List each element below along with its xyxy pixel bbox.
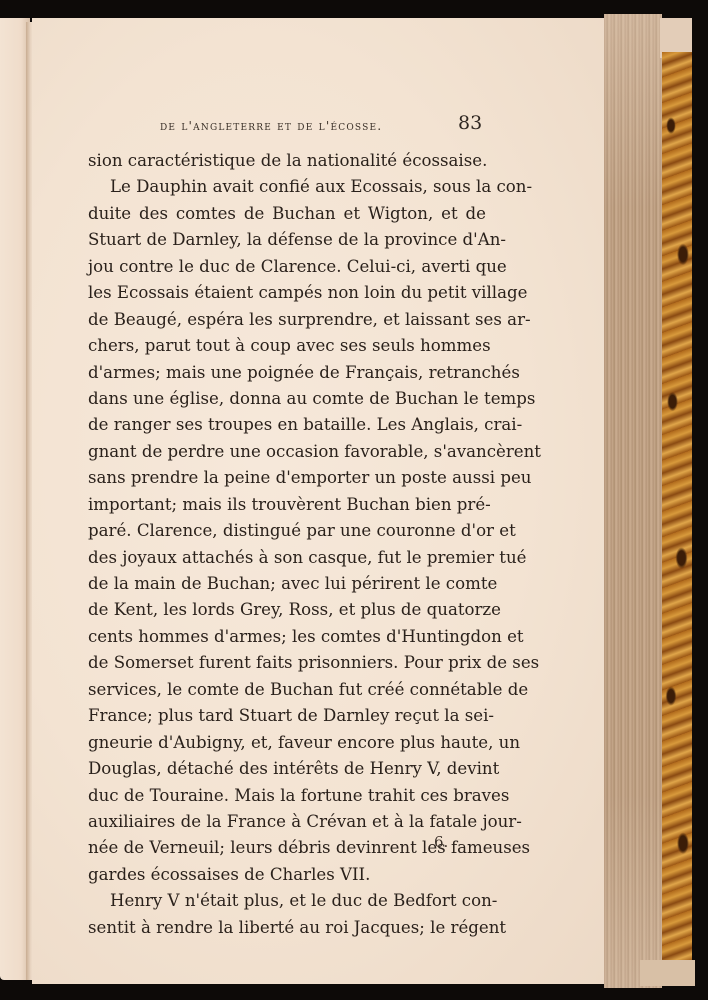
text-line: cents hommes d'armes; les comtes d'Hunti… (88, 624, 486, 650)
text-line: sans prendre la peine d'emporter un post… (88, 465, 486, 491)
text-line: duc de Touraine. Mais la fortune trahit … (88, 783, 486, 809)
marbled-cover-bottom-corner (640, 960, 695, 986)
signature-mark: 6. (434, 833, 448, 851)
text-line: auxiliaires de la France à Crévan et à l… (88, 809, 486, 835)
text-line: de ranger ses troupes en bataille. Les A… (88, 412, 486, 438)
text-line: des joyaux attachés à son casque, fut le… (88, 545, 486, 571)
text-line: les Ecossais étaient campés non loin du … (88, 280, 486, 306)
text-line: gnant de perdre une occasion favorable, … (88, 439, 486, 465)
marbled-cover (662, 52, 692, 972)
page-number: 83 (458, 112, 482, 134)
text-line: de la main de Buchan; avec lui périrent … (88, 571, 486, 597)
text-line: France; plus tard Stuart de Darnley reçu… (88, 703, 486, 729)
text-line: Henry V n'était plus, et le duc de Bedfo… (88, 888, 486, 914)
text-line: important; mais ils trouvèrent Buchan bi… (88, 492, 486, 518)
text-line: paré. Clarence, distingué par une couron… (88, 518, 486, 544)
text-line: duite des comtes de Buchan et Wigton, et… (88, 201, 486, 227)
text-line: de Somerset furent faits prisonniers. Po… (88, 650, 486, 676)
text-line: sion caractéristique de la nationalité é… (88, 148, 486, 174)
body-text: sion caractéristique de la nationalité é… (88, 148, 486, 941)
text-line: chers, parut tout à coup avec ses seuls … (88, 333, 486, 359)
text-line: Le Dauphin avait confié aux Ecossais, so… (88, 174, 486, 200)
text-line: gardes écossaises de Charles VII. (88, 862, 486, 888)
text-line: Douglas, détaché des intérêts de Henry V… (88, 756, 486, 782)
text-line: sentit à rendre la liberté au roi Jacque… (88, 915, 486, 941)
text-line: dans une église, donna au comte de Bucha… (88, 386, 486, 412)
text-line: jou contre le duc de Clarence. Celui-ci,… (88, 254, 486, 280)
text-line: née de Verneuil; leurs débris devinrent … (88, 835, 486, 861)
page-fore-edge (604, 14, 662, 988)
text-line: services, le comte de Buchan fut créé co… (88, 677, 486, 703)
text-line: de Beaugé, espéra les surprendre, et lai… (88, 307, 486, 333)
text-line: Stuart de Darnley, la défense de la prov… (88, 227, 486, 253)
text-line: d'armes; mais une poignée de Français, r… (88, 360, 486, 386)
running-head: de l'angleterre et de l'écosse. (160, 118, 490, 133)
text-line: gneurie d'Aubigny, et, faveur encore plu… (88, 730, 486, 756)
text-line: de Kent, les lords Grey, Ross, et plus d… (88, 597, 486, 623)
